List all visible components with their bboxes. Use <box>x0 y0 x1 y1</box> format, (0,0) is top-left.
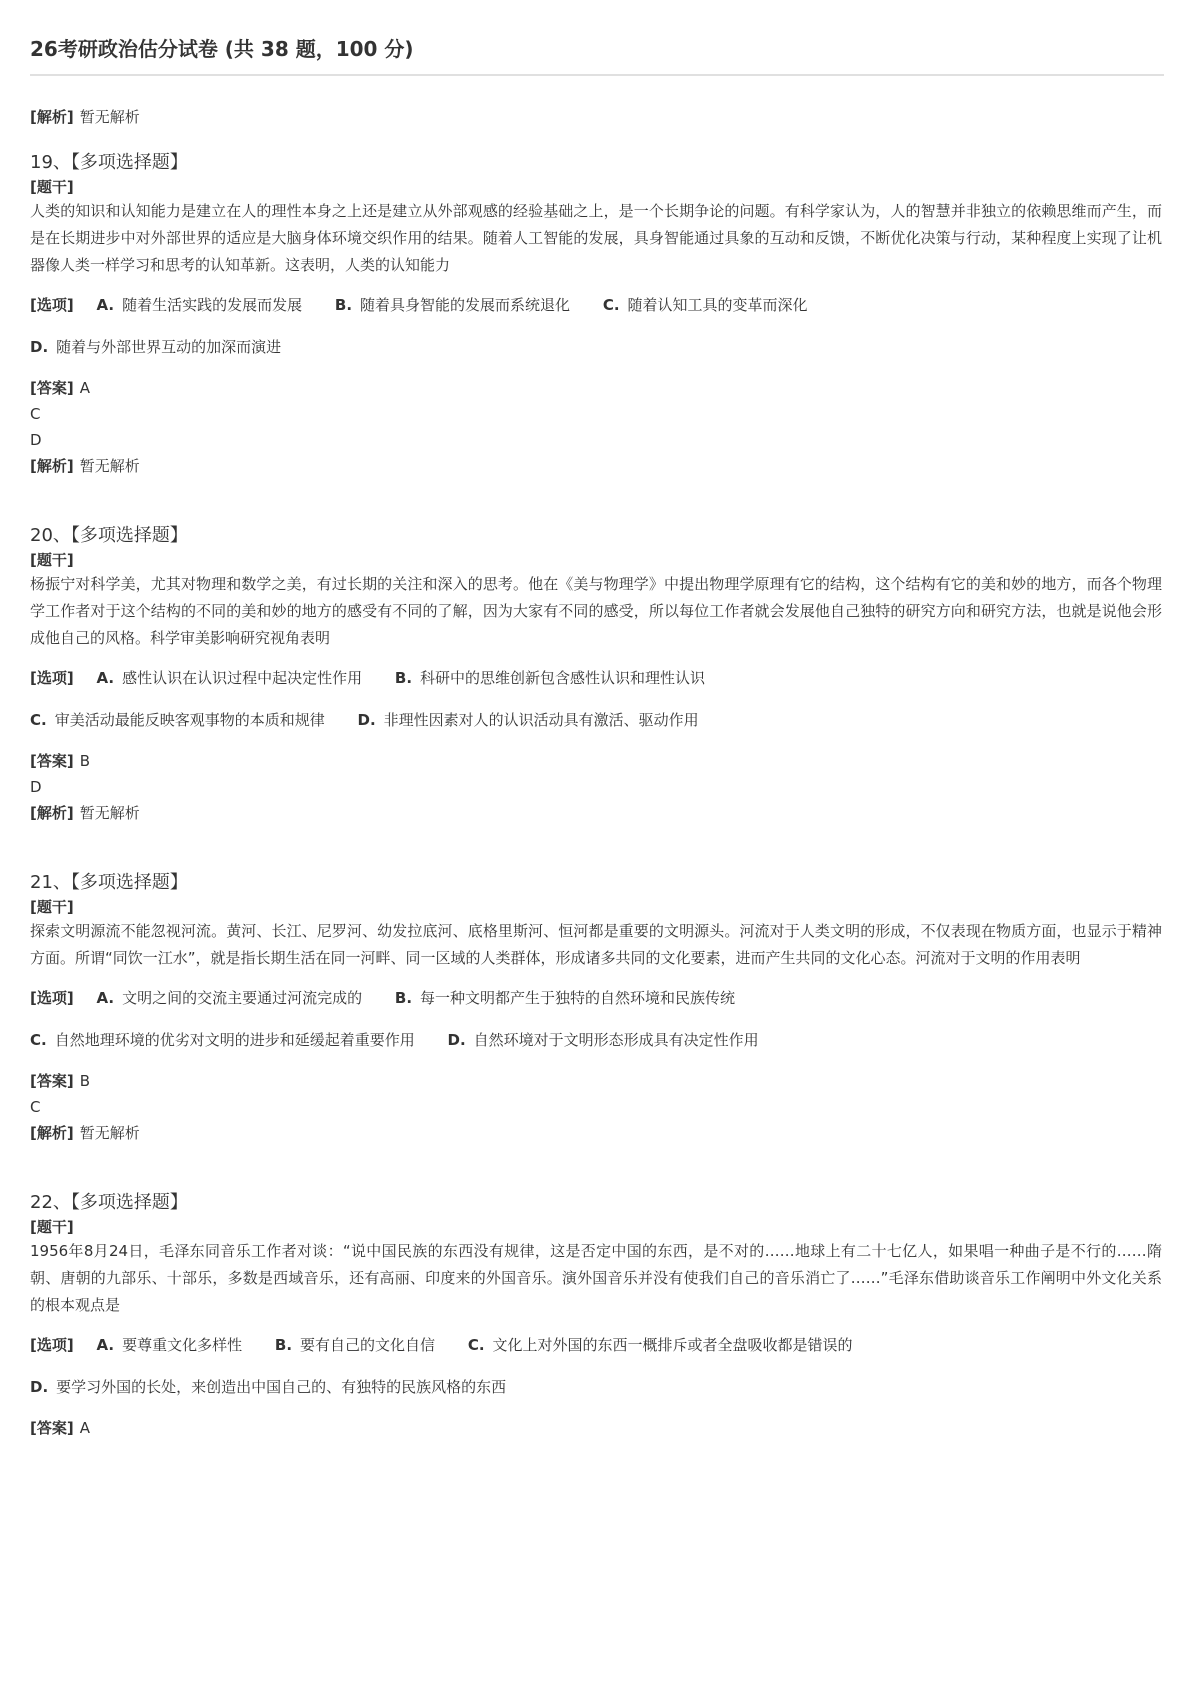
options-row-2: D.随着与外部世界互动的加深而演进 <box>30 335 1160 359</box>
question-stem: 杨振宁对科学美，尤其对物理和数学之美，有过长期的关注和深入的思考。他在《美与物理… <box>30 571 1162 652</box>
question-heading: 20、【多项选择题】 <box>30 523 1160 549</box>
prev-analysis: [解析]暂无解析 <box>30 104 1160 130</box>
exam-page: 26考研政治估分试卷 (共 38 题，100 分) [解析]暂无解析 19、【多… <box>0 0 1190 1441</box>
option-b: B.每一种文明都产生于独特的自然环境和民族传统 <box>395 986 735 1010</box>
answer-value: D <box>30 774 1160 800</box>
analysis-label: [解析] <box>30 804 74 822</box>
stem-label: [题干] <box>30 1216 1160 1238</box>
analysis-label: [解析] <box>30 457 74 475</box>
question-19: 19、【多项选择题】 [题干] 人类的知识和认知能力是建立在人的理性本身之上还是… <box>30 150 1160 479</box>
option-a: A.随着生活实践的发展而发展 <box>97 293 303 317</box>
analysis-text: 暂无解析 <box>80 108 140 126</box>
answer-label: [答案] <box>30 379 74 397</box>
option-a: A.文明之间的交流主要通过河流完成的 <box>97 986 363 1010</box>
answer-value: A <box>80 1419 90 1437</box>
page-title: 26考研政治估分试卷 (共 38 题，100 分) <box>30 0 1164 76</box>
option-a: A.要尊重文化多样性 <box>97 1333 243 1357</box>
options-row: [选项] A.随着生活实践的发展而发展 B.随着具身智能的发展而系统退化 C.随… <box>30 293 1160 317</box>
option-b: B.要有自己的文化自信 <box>275 1333 435 1357</box>
answer-block: [答案]A <box>30 1415 1160 1441</box>
question-stem: 人类的知识和认知能力是建立在人的理性本身之上还是建立从外部观感的经验基础之上，是… <box>30 198 1162 279</box>
question-20: 20、【多项选择题】 [题干] 杨振宁对科学美，尤其对物理和数学之美，有过长期的… <box>30 523 1160 826</box>
option-c: C.自然地理环境的优劣对文明的进步和延缓起着重要作用 <box>30 1028 415 1052</box>
answer-block: [答案]B D [解析]暂无解析 <box>30 748 1160 826</box>
options-row: [选项] A.文明之间的交流主要通过河流完成的 B.每一种文明都产生于独特的自然… <box>30 986 1160 1010</box>
analysis-label: [解析] <box>30 108 74 126</box>
options-row-2: D.要学习外国的长处，来创造出中国自己的、有独特的民族风格的东西 <box>30 1375 1160 1399</box>
options-label: [选项] <box>30 669 74 687</box>
option-a: A.感性认识在认识过程中起决定性作用 <box>97 666 363 690</box>
stem-label: [题干] <box>30 176 1160 198</box>
answer-label: [答案] <box>30 752 74 770</box>
option-d: D.非理性因素对人的认识活动具有激活、驱动作用 <box>358 708 699 732</box>
option-b: B.科研中的思维创新包含感性认识和理性认识 <box>395 666 705 690</box>
question-heading: 19、【多项选择题】 <box>30 150 1160 176</box>
question-heading: 21、【多项选择题】 <box>30 870 1160 896</box>
answer-value: C <box>30 401 1160 427</box>
option-c: C.审美活动最能反映客观事物的本质和规律 <box>30 708 325 732</box>
analysis-label: [解析] <box>30 1124 74 1142</box>
question-stem: 1956年8月24日，毛泽东同音乐工作者对谈：“说中国民族的东西没有规律，这是否… <box>30 1238 1162 1319</box>
analysis-text: 暂无解析 <box>80 457 140 475</box>
stem-label: [题干] <box>30 896 1160 918</box>
answer-label: [答案] <box>30 1419 74 1437</box>
analysis-text: 暂无解析 <box>80 1124 140 1142</box>
option-b: B.随着具身智能的发展而系统退化 <box>335 293 570 317</box>
option-d: D.要学习外国的长处，来创造出中国自己的、有独特的民族风格的东西 <box>30 1375 506 1399</box>
option-c: C.文化上对外国的东西一概排斥或者全盘吸收都是错误的 <box>468 1333 853 1357</box>
options-label: [选项] <box>30 989 74 1007</box>
question-21: 21、【多项选择题】 [题干] 探索文明源流不能忽视河流。黄河、长江、尼罗河、幼… <box>30 870 1160 1146</box>
answer-block: [答案]B C [解析]暂无解析 <box>30 1068 1160 1146</box>
answer-block: [答案]A C D [解析]暂无解析 <box>30 375 1160 479</box>
analysis-text: 暂无解析 <box>80 804 140 822</box>
options-label: [选项] <box>30 1336 74 1354</box>
answer-value: B <box>80 752 90 770</box>
answer-value: C <box>30 1094 1160 1120</box>
answer-value: B <box>80 1072 90 1090</box>
question-heading: 22、【多项选择题】 <box>30 1190 1160 1216</box>
option-d: D.随着与外部世界互动的加深而演进 <box>30 335 281 359</box>
options-row: [选项] A.要尊重文化多样性 B.要有自己的文化自信 C.文化上对外国的东西一… <box>30 1333 1160 1357</box>
stem-label: [题干] <box>30 549 1160 571</box>
answer-label: [答案] <box>30 1072 74 1090</box>
answer-value: D <box>30 427 1160 453</box>
question-22: 22、【多项选择题】 [题干] 1956年8月24日，毛泽东同音乐工作者对谈：“… <box>30 1190 1160 1441</box>
options-row-2: C.自然地理环境的优劣对文明的进步和延缓起着重要作用 D.自然环境对于文明形态形… <box>30 1028 1160 1052</box>
options-row-2: C.审美活动最能反映客观事物的本质和规律 D.非理性因素对人的认识活动具有激活、… <box>30 708 1160 732</box>
option-d: D.自然环境对于文明形态形成具有决定性作用 <box>448 1028 759 1052</box>
option-c: C.随着认知工具的变革而深化 <box>603 293 808 317</box>
options-label: [选项] <box>30 296 74 314</box>
options-row: [选项] A.感性认识在认识过程中起决定性作用 B.科研中的思维创新包含感性认识… <box>30 666 1160 690</box>
question-stem: 探索文明源流不能忽视河流。黄河、长江、尼罗河、幼发拉底河、底格里斯河、恒河都是重… <box>30 918 1162 972</box>
answer-value: A <box>80 379 90 397</box>
